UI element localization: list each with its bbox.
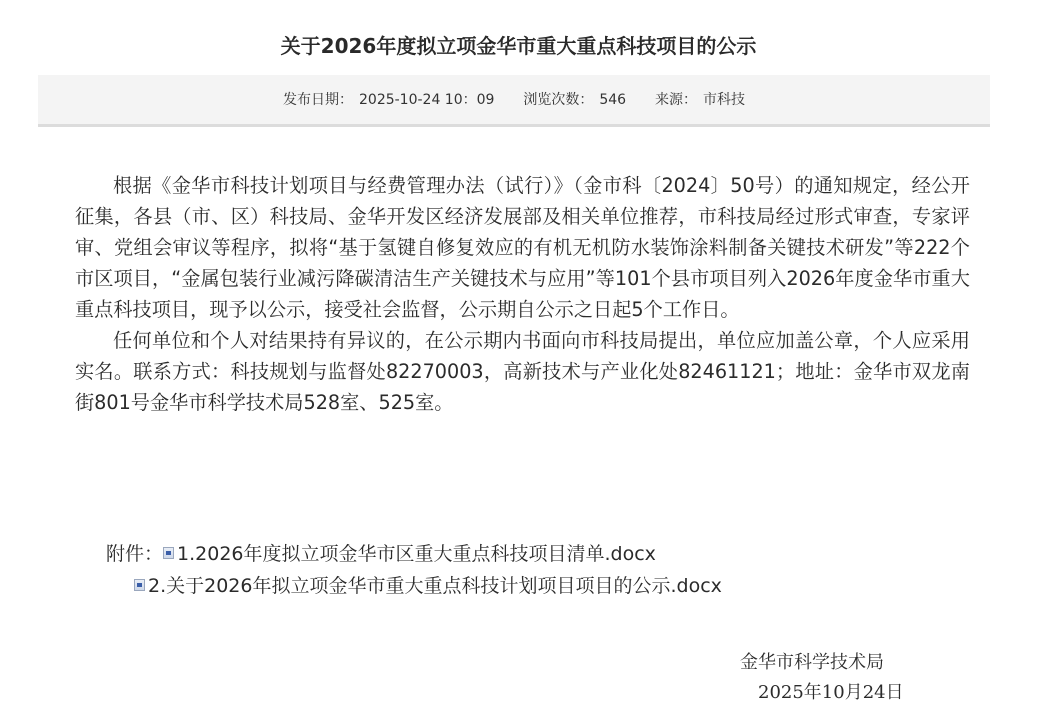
word-doc-icon [134,579,145,591]
paragraph-2: 任何单位和个人对结果持有异议的，在公示期内书面向市科技局提出，单位应加盖公章，个… [75,325,970,418]
word-doc-icon [163,547,174,559]
publish-date-label: 发布日期： [283,92,353,108]
attachment-row: 2.关于2026年拟立项金华市重大重点科技计划项目项目的公示.docx [106,570,722,602]
source-value: 市科技 [703,92,745,108]
paragraph-1: 根据《金华市科技计划项目与经费管理办法（试行）》（金市科〔2024〕50号）的通… [75,170,970,325]
publish-date: 2025-10-24 10：09 [359,92,494,108]
source-label: 来源： [655,92,697,108]
attachments-label: 附件： [106,543,163,565]
article-meta-bar: 发布日期：2025-10-24 10：09 浏览次数：546 来源：市科技 [38,75,990,127]
views-count: 546 [599,92,626,108]
attachment-link-1[interactable]: 1.2026年度拟立项金华市区重大重点科技项目清单.docx [163,543,656,565]
article-body: 根据《金华市科技计划项目与经费管理办法（试行）》（金市科〔2024〕50号）的通… [75,170,970,418]
attachment-name: 2.关于2026年拟立项金华市重大重点科技计划项目项目的公示.docx [148,575,722,597]
attachments-section: 附件：1.2026年度拟立项金华市区重大重点科技项目清单.docx 2.关于20… [106,538,722,602]
views-label: 浏览次数： [523,92,593,108]
signature-block: 金华市科学技术局 2025年10月24日 [740,648,904,707]
attachment-link-2[interactable]: 2.关于2026年拟立项金华市重大重点科技计划项目项目的公示.docx [134,575,722,597]
signature-org: 金华市科学技术局 [740,648,904,678]
page-title: 关于2026年度拟立项金华市重大重点科技项目的公示 [0,30,1037,59]
signature-date: 2025年10月24日 [740,678,904,707]
attachment-row: 附件：1.2026年度拟立项金华市区重大重点科技项目清单.docx [106,538,722,570]
attachment-name: 1.2026年度拟立项金华市区重大重点科技项目清单.docx [177,543,656,565]
